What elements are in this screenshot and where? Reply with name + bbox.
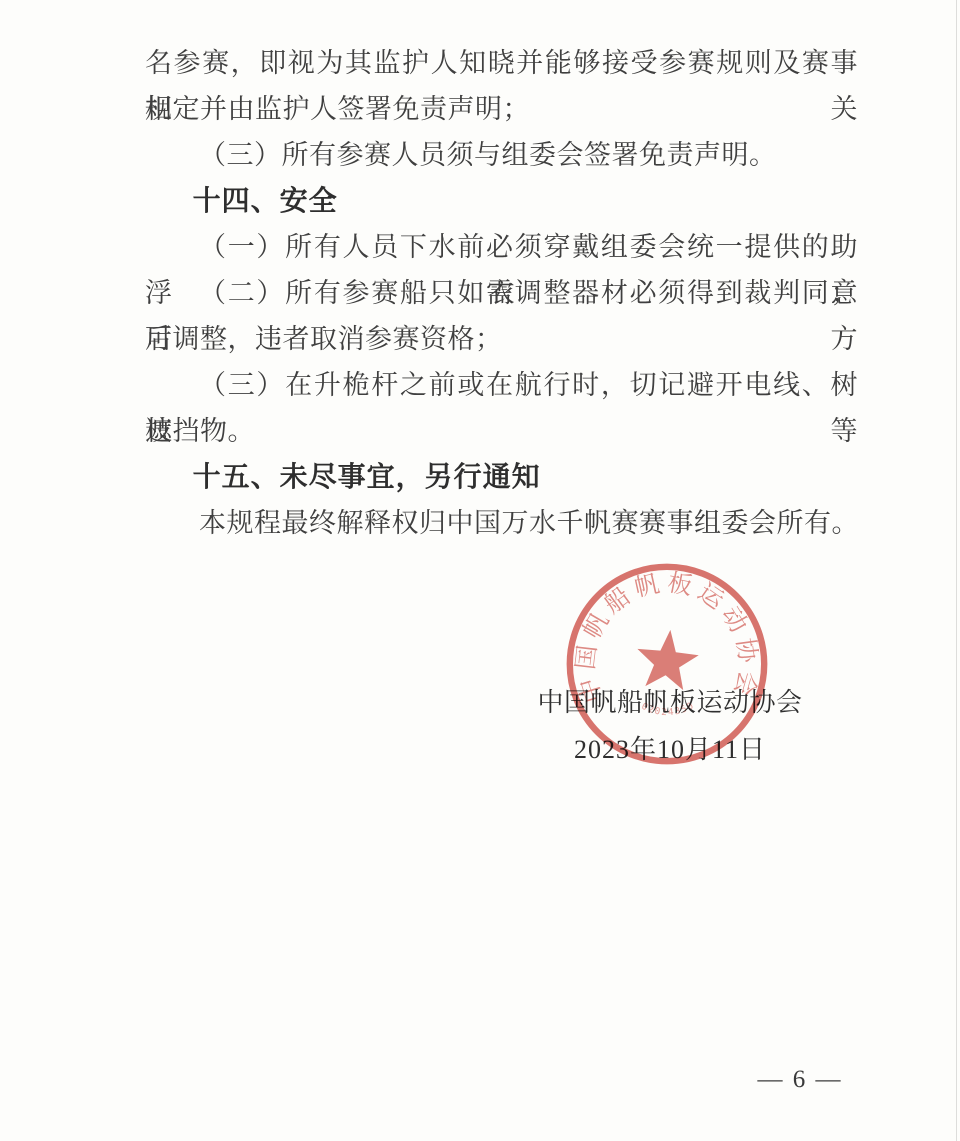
body-line: （三）在升桅杆之前或在航行时，切记避开电线、树枝等 bbox=[145, 362, 858, 408]
signature-block: 中国帆船帆板运动协会 2023年10月11日 bbox=[515, 686, 825, 766]
signature-org: 中国帆船帆板运动协会 bbox=[515, 686, 825, 720]
seal-star-icon bbox=[634, 627, 701, 692]
body-line: （二）所有参赛船只如需调整器材必须得到裁判同意后方 bbox=[145, 270, 858, 316]
body-text: 名参赛，即视为其监护人知晓并能够接受参赛规则及赛事相关 规定并由监护人签署免责声… bbox=[145, 40, 858, 546]
body-line: （三）所有参赛人员须与组委会签署免责声明。 bbox=[145, 132, 858, 178]
section-heading: 十五、未尽事宜，另行通知 bbox=[145, 454, 858, 500]
page-number: — 6 — bbox=[745, 1066, 855, 1094]
signature-date: 2023年10月11日 bbox=[515, 734, 825, 766]
section-heading: 十四、安全 bbox=[145, 178, 858, 224]
body-line: 本规程最终解释权归中国万水千帆赛赛事组委会所有。 bbox=[145, 500, 858, 546]
body-line: （一）所有人员下水前必须穿戴组委会统一提供的助浮衣； bbox=[145, 224, 858, 270]
scan-edge-line bbox=[956, 0, 957, 1141]
document-page: 名参赛，即视为其监护人知晓并能够接受参赛规则及赛事相关 规定并由监护人签署免责声… bbox=[0, 0, 960, 1141]
body-line: 名参赛，即视为其监护人知晓并能够接受参赛规则及赛事相关 bbox=[145, 40, 858, 86]
